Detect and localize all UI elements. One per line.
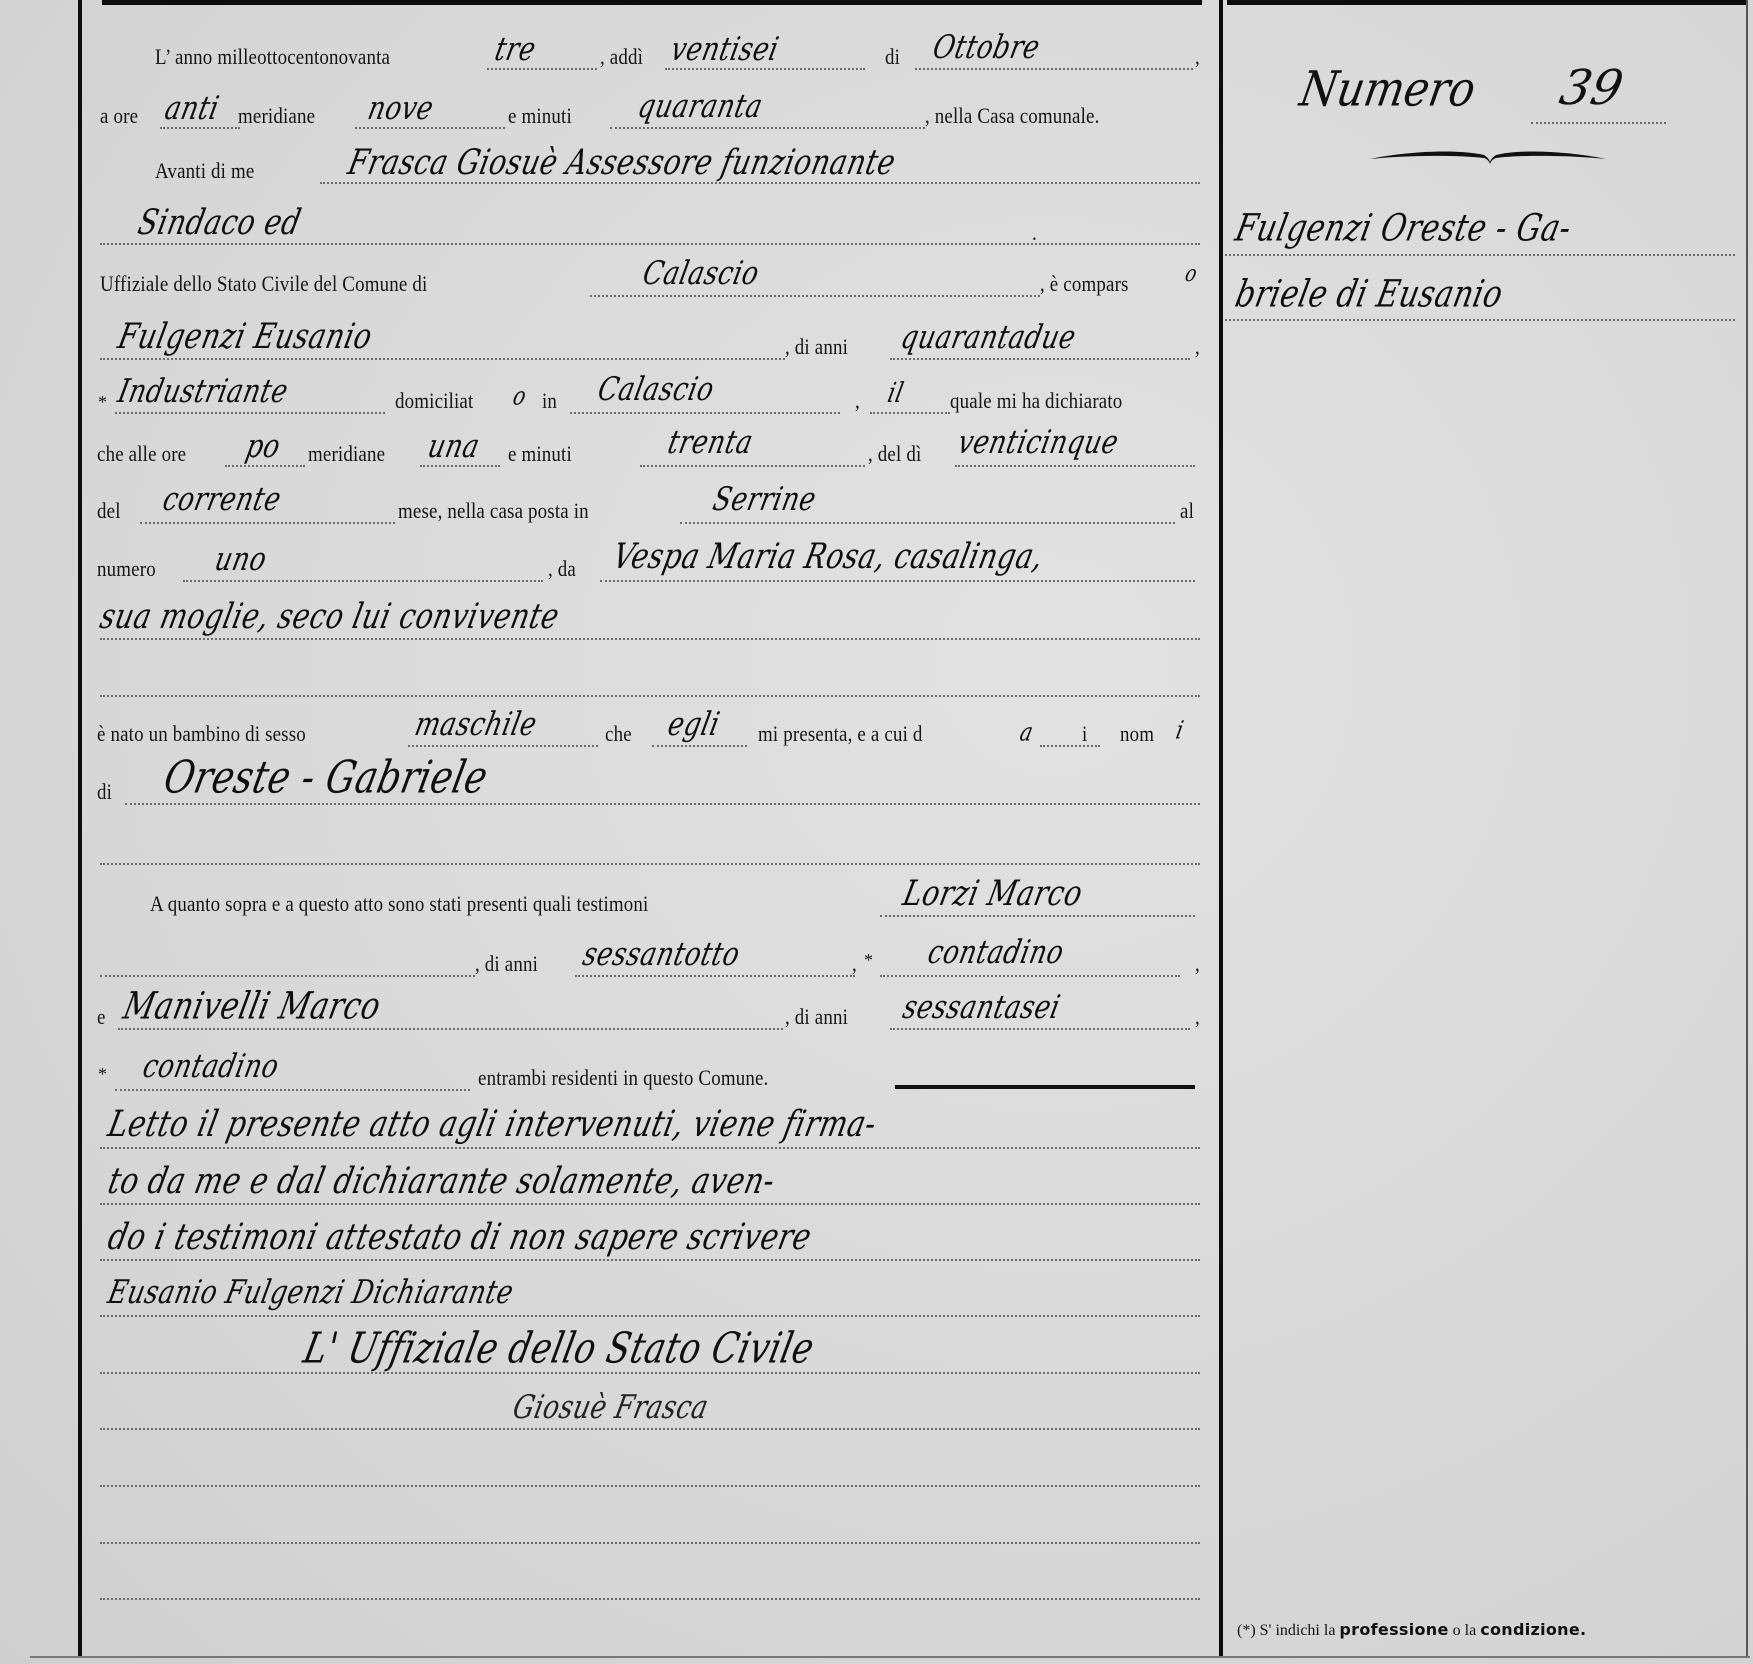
label-di-anni: , di anni: [475, 953, 538, 975]
field-birth-day: venticinque: [955, 427, 1121, 460]
margin-annotation-line-2: briele di Eusanio: [1232, 277, 1506, 315]
label-minuti: e minuti: [508, 443, 572, 465]
label-testimoni: A quanto sopra e a questo atto sono stat…: [150, 893, 648, 915]
label-domiciliato: domiciliat: [395, 390, 473, 412]
field-day: ventisei: [668, 34, 782, 67]
comma: ,: [1195, 953, 1200, 975]
numero-underline: [1531, 122, 1666, 124]
field-officer: Frasca Giosuè Assessore funzionante: [345, 145, 899, 180]
ruled-line: [100, 1485, 1200, 1487]
closing-rule: [895, 1085, 1195, 1089]
field-witness1: Lorzi Marco: [900, 876, 1086, 911]
numero-label: Numero: [1296, 61, 1480, 117]
ruled-line: [100, 1147, 1200, 1149]
field-birth-hour: una: [425, 431, 482, 464]
column-divider: [1219, 0, 1223, 1658]
field-minutes: quaranta: [635, 91, 765, 124]
footnote: (*) S' indichi la professione o la condi…: [1237, 1620, 1586, 1640]
field-witness1-profession: contadino: [925, 937, 1067, 970]
field-mother: Vespa Maria Rosa, casalinga,: [610, 539, 1047, 574]
label-del-di: , del dì: [868, 443, 921, 465]
field-i-underline: [1040, 745, 1100, 747]
asterisk-marker: *: [98, 392, 107, 413]
register-number: 39: [1555, 60, 1628, 116]
field-nom-ending: i: [1174, 717, 1186, 742]
field-domicile: Calascio: [595, 374, 717, 407]
field-month-ref: corrente: [160, 484, 284, 517]
ruled-line: [100, 1542, 1200, 1544]
label-di: di: [885, 46, 900, 68]
field-witness2-profession-underline: [115, 1089, 470, 1091]
top-rule-right: [1227, 0, 1748, 5]
label-avanti-di-me: Avanti di me: [155, 160, 254, 182]
officer-signature: Giosuè Frasca: [510, 1392, 711, 1425]
field-pom: po: [243, 431, 283, 464]
label-addi: , addì: [600, 46, 643, 68]
field-birth-day-underline: [955, 465, 1195, 467]
field-witness1-name-cont-underline: [100, 975, 475, 977]
label-che-alle-ore: che alle ore: [97, 443, 186, 465]
field-declarant-age: quarantadue: [898, 322, 1079, 355]
label-a-ore: a ore: [100, 105, 138, 127]
label-comparso: , è compars: [1040, 273, 1129, 295]
label-e: e: [97, 1006, 106, 1028]
asterisk-marker: *: [98, 1064, 107, 1085]
field-witness1-age-underline: [575, 975, 855, 977]
field-sex: maschile: [412, 709, 540, 742]
ruled-line: [100, 1315, 1200, 1317]
label-di-anni: , di anni: [785, 1006, 848, 1028]
field-witness1-underline: [880, 915, 1195, 917]
field-month: Ottobre: [930, 32, 1043, 65]
declarant-signature: Eusanio Fulgenzi Dichiarante: [105, 1277, 516, 1310]
ornament-swash-icon: [1368, 145, 1608, 169]
field-declarant: Fulgenzi Eusanio: [115, 319, 375, 354]
label-del: del: [97, 500, 121, 522]
label-nom: nom: [1120, 723, 1154, 745]
field-mother-underline: [600, 580, 1195, 582]
field-profession-underline: [115, 412, 385, 414]
label-anno: L’ anno milleottocentonovanta: [155, 46, 390, 68]
field-il-underline: [870, 412, 950, 414]
field-domiciliato-ending: o: [511, 383, 529, 408]
field-year: tre: [492, 34, 539, 67]
right-border-line: [1746, 0, 1748, 1658]
bottom-edge-line: [30, 1656, 1750, 1658]
label-meridiane: meridiane: [308, 443, 385, 465]
field-child-name: Oreste - Gabriele: [160, 756, 492, 801]
field-declarant-underline: [100, 358, 785, 360]
label-numero: numero: [97, 558, 156, 580]
field-birth-minutes-underline: [640, 465, 865, 467]
ruled-line: [100, 1203, 1200, 1205]
field-birth-minutes: trenta: [665, 427, 756, 460]
officer-title: L' Uffiziale dello Stato Civile: [300, 1328, 818, 1371]
footnote-prefix: (*) S' indichi la: [1237, 1622, 1335, 1639]
field-egli-underline: [652, 745, 747, 747]
label-da: , da: [548, 558, 576, 580]
period: .: [1032, 222, 1037, 244]
label-al: al: [1180, 500, 1194, 522]
field-witness2: Manivelli Marco: [120, 989, 384, 1027]
field-witness2-age: sessantasei: [900, 992, 1063, 1025]
footnote-condizione: condizione.: [1480, 1620, 1586, 1639]
margin-annotation-line-1: Fulgenzi Oreste - Ga-: [1232, 211, 1575, 249]
label-i: i: [1082, 723, 1087, 745]
label-di-anni: , di anni: [785, 336, 848, 358]
label-in: in: [542, 390, 557, 412]
label-casa-comunale: , nella Casa comunale.: [925, 105, 1100, 127]
margin-name-underline-1: [1225, 254, 1735, 256]
field-sex-underline: [408, 745, 598, 747]
label-di: di: [97, 781, 112, 803]
label-quale-dichiarato: quale mi ha dichiarato: [950, 390, 1122, 412]
closing-line-2: to da me e dal dichiarante solamente, av…: [105, 1163, 778, 1199]
field-mother-cont: sua moglie, seco lui convivente: [97, 599, 562, 634]
field-hour: nove: [365, 93, 436, 126]
label-e-nato: è nato un bambino di sesso: [97, 723, 306, 745]
blank-line: [100, 863, 1200, 865]
comma: ,: [855, 390, 860, 412]
closing-line-1: Letto il presente atto agli intervenuti,…: [105, 1106, 880, 1142]
ruled-line: [100, 1598, 1200, 1600]
field-profession: Industriante: [115, 376, 291, 409]
field-da-ending: a: [1018, 719, 1036, 744]
comma: ,: [852, 953, 857, 975]
comma: ,: [1195, 46, 1200, 68]
label-mese-casa: mese, nella casa posta in: [398, 500, 589, 522]
ruled-line: [100, 1428, 1200, 1430]
label-uffiziale-comune: Uffiziale dello Stato Civile del Comune …: [100, 273, 427, 295]
field-witness2-age-underline: [890, 1028, 1190, 1030]
field-house-number: uno: [212, 544, 270, 577]
field-month-underline: [915, 68, 1193, 70]
field-egli: egli: [665, 709, 723, 742]
closing-line-3: do i testimoni attestato di non sapere s…: [105, 1219, 815, 1255]
field-minutes-underline: [610, 127, 925, 129]
margin-name-underline-2: [1225, 319, 1735, 321]
field-witness2-profession: contadino: [140, 1051, 282, 1084]
field-age-underline: [890, 358, 1190, 360]
blank-line: [100, 695, 1200, 697]
field-officer-cont: Sindaco ed: [135, 205, 304, 240]
field-locality-underline: [680, 522, 1175, 524]
label-meridiane: meridiane: [238, 105, 315, 127]
asterisk-marker: *: [864, 950, 873, 971]
field-comune-underline: [590, 295, 1040, 297]
field-mother-cont-underline: [100, 638, 1200, 640]
field-witness1-profession-underline: [880, 975, 1180, 977]
left-border-line: [78, 0, 82, 1658]
field-comune: Calascio: [640, 258, 762, 291]
field-locality: Serrine: [710, 484, 819, 517]
field-witness1-age: sessantotto: [580, 939, 743, 972]
top-rule-left: [102, 0, 1202, 5]
footnote-professione: professione: [1339, 1620, 1448, 1639]
footnote-mid: o la: [1453, 1622, 1477, 1639]
civil-registry-page: L’ anno milleottocentonovanta tre , addì…: [0, 0, 1753, 1664]
field-comparso-ending: o: [1183, 264, 1199, 287]
field-house-number-underline: [183, 580, 543, 582]
field-domicile-underline: [570, 412, 840, 414]
comma: ,: [1195, 336, 1200, 358]
label-che: che: [605, 723, 632, 745]
field-il: il: [885, 381, 906, 409]
ruled-line: [100, 1259, 1200, 1261]
field-ante: anti: [162, 93, 222, 126]
label-minuti: e minuti: [508, 105, 572, 127]
label-presenta: mi presenta, e a cui d: [758, 723, 923, 745]
label-residenti: entrambi residenti in questo Comune.: [478, 1067, 768, 1089]
field-month-ref-underline: [140, 522, 395, 524]
comma: ,: [1195, 1006, 1200, 1028]
